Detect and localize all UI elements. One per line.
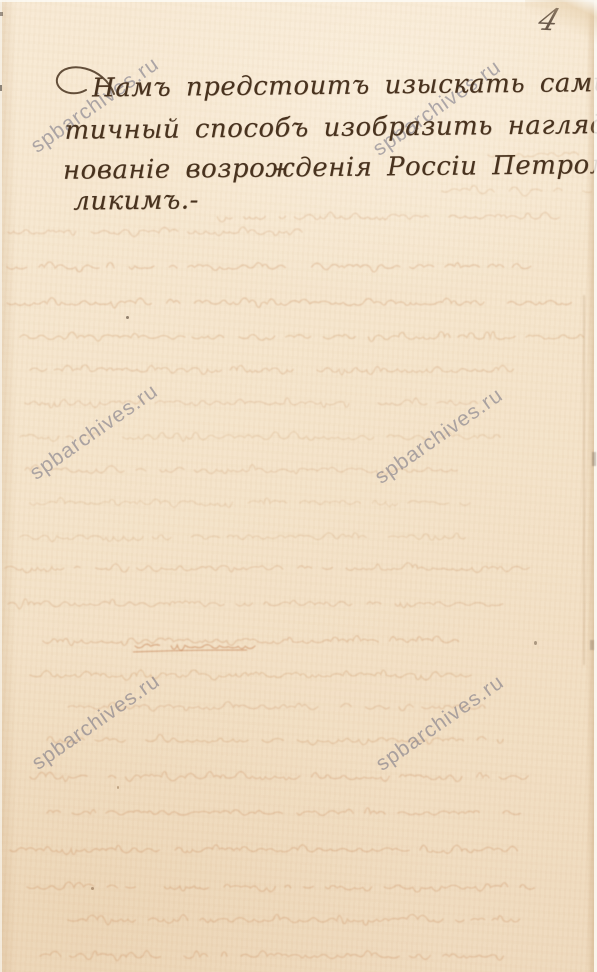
ink-speck	[126, 316, 129, 319]
ink-speck	[117, 786, 119, 789]
manuscript-line: тичный способъ изобразить наглядно празд	[64, 111, 597, 144]
manuscript-text-block: Намъ предстоитъ изыскать самый прак тичн…	[0, 0, 597, 260]
edge-mark	[0, 85, 2, 91]
manuscript-scan-page: spbarchives.ru spbarchives.ru spbarchive…	[0, 0, 597, 972]
paper-edge-shadow	[587, 0, 594, 972]
paper-edge-top	[0, 0, 597, 2]
ink-speck	[91, 887, 94, 890]
manuscript-line: ликимъ.-	[73, 187, 199, 214]
paper-edge-left	[0, 0, 2, 972]
ink-speck	[534, 641, 537, 645]
edge-smudge	[590, 640, 594, 650]
paper-corner-fold	[525, 0, 597, 48]
paper-crease	[583, 295, 585, 665]
edge-smudge	[592, 452, 596, 466]
manuscript-line: нованіе возрожденія Россіи Петромъ Ве—	[63, 151, 597, 184]
manuscript-line: Намъ предстоитъ изыскать самый прак	[92, 69, 597, 102]
edge-mark	[0, 12, 3, 16]
